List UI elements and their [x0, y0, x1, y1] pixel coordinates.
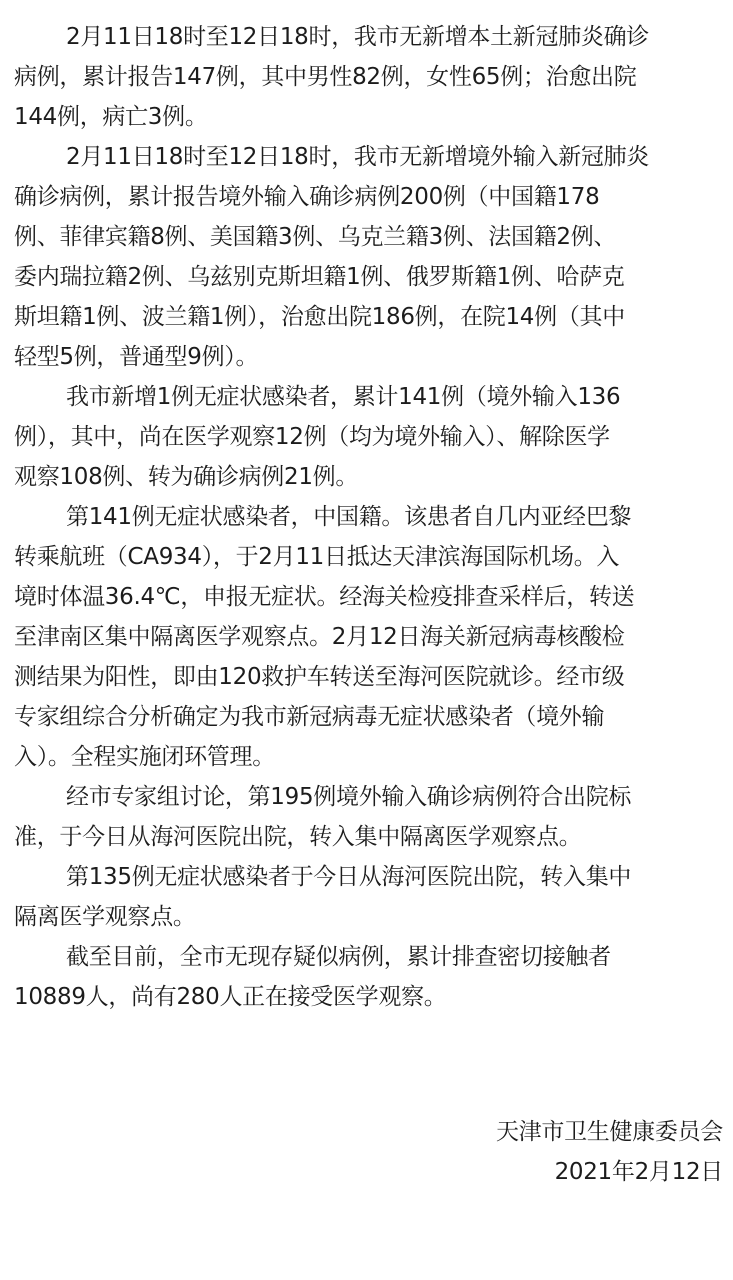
text-line: 委内瑞拉籍2例、乌兹别克斯坦籍1例、俄罗斯籍1例、哈萨克 — [14, 257, 726, 297]
text-line: 经市专家组讨论，第195例境外输入确诊病例符合出院标 — [14, 777, 726, 817]
text-line: 准，于今日从海河医院出院，转入集中隔离医学观察点。 — [14, 817, 726, 857]
text-line: 确诊病例，累计报告境外输入确诊病例200例（中国籍178 — [14, 177, 726, 217]
text-line: 例、菲律宾籍8例、美国籍3例、乌克兰籍3例、法国籍2例、 — [14, 217, 726, 257]
text-line: 观察108例、转为确诊病例21例。 — [14, 457, 726, 497]
text-line: 入）。全程实施闭环管理。 — [14, 737, 726, 777]
paragraph-close-contacts: 截至目前，全市无现存疑似病例，累计排查密切接触者 10889人，尚有280人正在… — [14, 937, 726, 1017]
text-line: 境时体温36.4℃，申报无症状。经海关检疫排查采样后，转送 — [14, 577, 726, 617]
issue-date: 2021年2月12日 — [496, 1152, 723, 1192]
paragraph-case-135-discharge: 第135例无症状感染者于今日从海河医院出院，转入集中 隔离医学观察点。 — [14, 857, 726, 937]
issuing-organization: 天津市卫生健康委员会 — [496, 1112, 723, 1152]
paragraph-case-195-discharge: 经市专家组讨论，第195例境外输入确诊病例符合出院标 准，于今日从海河医院出院，… — [14, 777, 726, 857]
text-line: 2月11日18时至12日18时，我市无新增本土新冠肺炎确诊 — [14, 17, 726, 57]
text-line: 隔离医学观察点。 — [14, 897, 726, 937]
text-line: 轻型5例，普通型9例）。 — [14, 337, 726, 377]
text-line: 斯坦籍1例、波兰籍1例），治愈出院186例，在院14例（其中 — [14, 297, 726, 337]
text-line: 2月11日18时至12日18时，我市无新增境外输入新冠肺炎 — [14, 137, 726, 177]
text-line: 第135例无症状感染者于今日从海河医院出院，转入集中 — [14, 857, 726, 897]
text-line: 测结果为阳性，即由120救护车转送至海河医院就诊。经市级 — [14, 657, 726, 697]
text-line: 病例，累计报告147例，其中男性82例，女性65例；治愈出院 — [14, 57, 726, 97]
paragraph-asymptomatic-summary: 我市新增1例无症状感染者，累计141例（境外输入136 例），其中，尚在医学观察… — [14, 377, 726, 497]
paragraph-case-141: 第141例无症状感染者，中国籍。该患者自几内亚经巴黎 转乘航班（CA934），于… — [14, 497, 726, 777]
text-line: 第141例无症状感染者，中国籍。该患者自几内亚经巴黎 — [14, 497, 726, 537]
text-line: 截至目前，全市无现存疑似病例，累计排查密切接触者 — [14, 937, 726, 977]
text-line: 至津南区集中隔离医学观察点。2月12日海关新冠病毒核酸检 — [14, 617, 726, 657]
text-line: 144例，病亡3例。 — [14, 97, 726, 137]
text-line: 转乘航班（CA934），于2月11日抵达天津滨海国际机场。入 — [14, 537, 726, 577]
paragraph-local-cases: 2月11日18时至12日18时，我市无新增本土新冠肺炎确诊 病例，累计报告147… — [14, 17, 726, 137]
text-line: 例），其中，尚在医学观察12例（均为境外输入）、解除医学 — [14, 417, 726, 457]
text-line: 10889人，尚有280人正在接受医学观察。 — [14, 977, 726, 1017]
text-line: 我市新增1例无症状感染者，累计141例（境外输入136 — [14, 377, 726, 417]
signature-block: 天津市卫生健康委员会 2021年2月12日 — [496, 1112, 723, 1192]
text-line: 专家组综合分析确定为我市新冠病毒无症状感染者（境外输 — [14, 697, 726, 737]
document-body: 2月11日18时至12日18时，我市无新增本土新冠肺炎确诊 病例，累计报告147… — [14, 17, 726, 1017]
paragraph-imported-cases: 2月11日18时至12日18时，我市无新增境外输入新冠肺炎 确诊病例，累计报告境… — [14, 137, 726, 377]
